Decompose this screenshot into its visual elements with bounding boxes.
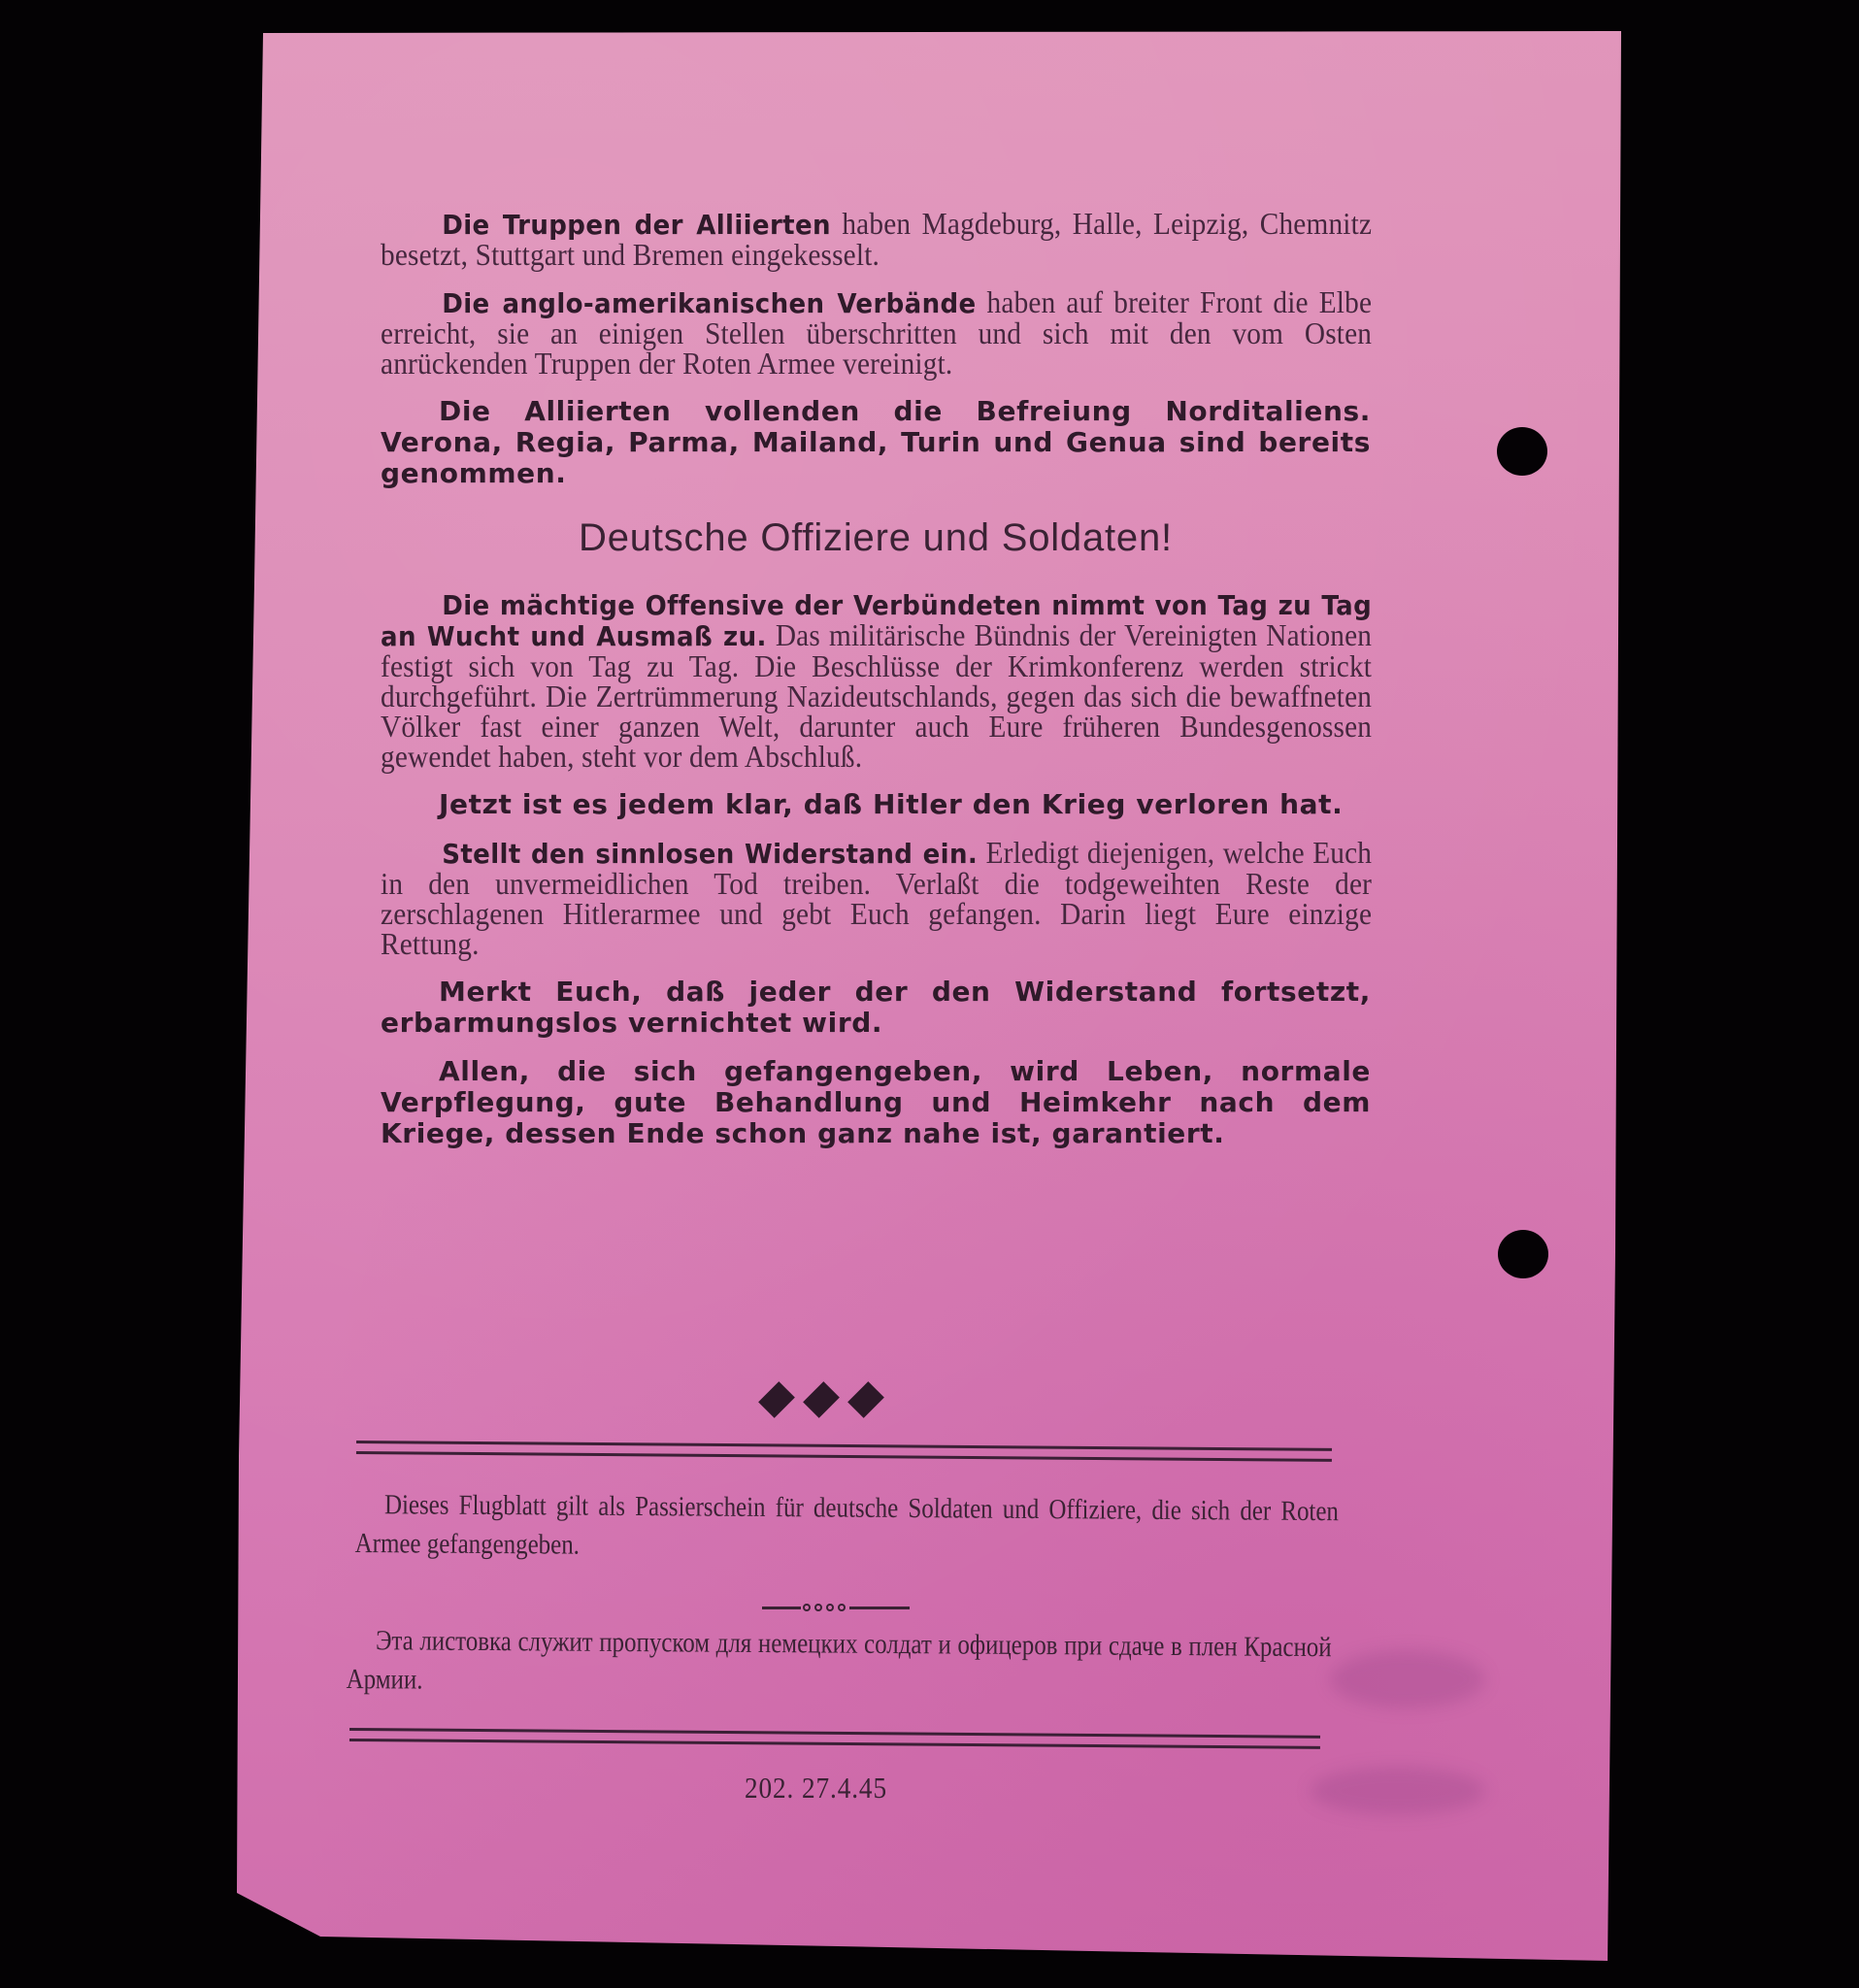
three-diamonds-icon (762, 1385, 880, 1414)
diamond-icon (758, 1381, 795, 1418)
print-code: 202. 27.4.45 (745, 1771, 887, 1806)
pass-notice-german: Dieses Flugblatt gilt als Passierschein … (355, 1485, 1339, 1570)
punch-hole-bottom (1498, 1230, 1548, 1278)
paragraph-offensive: Die mächtige Offensive der Verbündeten n… (381, 589, 1372, 772)
paragraph-lead: Stellt den sinnlosen Widerstand ein. (442, 838, 978, 870)
paragraph-northern-italy: Die Alliierten vollenden die Befreiung N… (381, 396, 1371, 489)
ink-smudge (1311, 1767, 1485, 1815)
pass-notice-russian: Эта листовка служит пропуском для немецк… (347, 1621, 1332, 1706)
headline: Deutsche Offiziere und Soldaten! (381, 516, 1371, 560)
ink-smudge (1330, 1650, 1485, 1708)
diamond-icon (847, 1381, 884, 1418)
punch-hole-top (1497, 427, 1547, 476)
paragraph-anglo-american: Die anglo-amerikanischen Verbände haben … (381, 287, 1372, 379)
paragraph-warning: Merkt Euch, daß jeder der den Widerstand… (381, 977, 1371, 1039)
paragraph-war-lost: Jetzt ist es jedem klar, daß Hitler den … (381, 789, 1371, 820)
paragraph-lead: Die Truppen der Alliierten (442, 209, 831, 241)
paragraph-guarantee: Allen, die sich gefangengeben, wird Lebe… (381, 1056, 1371, 1149)
paragraph-resistance: Stellt den sinnlosen Widerstand ein. Erl… (381, 838, 1372, 959)
diamond-icon (803, 1381, 840, 1418)
paragraph-allied-troops: Die Truppen der Alliierten haben Magdebu… (381, 209, 1372, 270)
paragraph-lead: Die anglo-amerikanischen Verbände (442, 287, 976, 319)
leaflet-body: Die Truppen der Alliierten haben Magdebu… (381, 209, 1371, 1167)
ornament-divider-icon (762, 1604, 913, 1611)
